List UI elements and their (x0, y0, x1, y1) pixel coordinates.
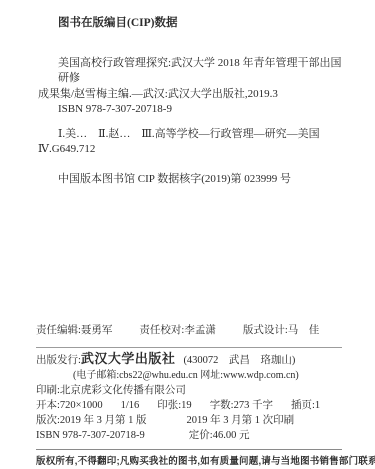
staff-editor-name: 聂勇军 (81, 325, 113, 336)
staff-credits-row: 责任编辑:聂勇军 责任校对:李孟潇 版式设计:马 佳 (36, 324, 342, 338)
cip-registration-number: 中国版本图书馆 CIP 数据核字(2019)第 023999 号 (58, 172, 347, 188)
staff-proofreader-label: 责任校对: (139, 325, 184, 336)
cip-isbn-line: ISBN 978-7-307-20718-9 (58, 102, 347, 118)
staff-proofreader: 责任校对:李孟潇 (139, 324, 215, 338)
cip-classification-line-2: Ⅳ.G649.712 (38, 142, 347, 158)
format-inserts: 插页:1 (291, 399, 320, 413)
divider-rule-bottom (36, 449, 342, 450)
printer-line: 印刷:北京虎彩文化传播有限公司 (36, 384, 342, 398)
cip-record-line-1: 美国高校行政管理探究:武汉大学 2018 年青年管理干部出国研修 (58, 56, 347, 87)
printing-info: 2019 年 3 月第 1 次印刷 (187, 414, 295, 428)
divider-rule-top (36, 347, 342, 348)
isbn-price-row: ISBN 978-7-307-20718-9 定价:46.00 元 (36, 429, 342, 443)
staff-designer-name: 马 佳 (288, 325, 320, 336)
staff-designer-label: 版式设计: (243, 325, 288, 336)
format-fraction: 1/16 (121, 399, 140, 413)
cip-classification-line-1: Ⅰ.美… Ⅱ.赵… Ⅲ.高等学校—行政管理—研究—美国 (58, 127, 347, 143)
staff-editor: 责任编辑:聂勇军 (36, 324, 112, 338)
publisher-line: 出版发行:武汉大学出版社(430072 武昌 珞珈山) (36, 352, 342, 368)
format-wordcount: 字数:273 千字 (210, 399, 273, 413)
cip-record-line-2: 成果集/赵雪梅主编.—武汉:武汉大学出版社,2019.3 (38, 87, 347, 103)
format-specs-row: 开本:720×1000 1/16 印张:19 字数:273 千字 插页:1 (36, 399, 342, 413)
publisher-contact-line: (电子邮箱:cbs22@whu.edu.cn 网址:www.wdp.com.cn… (36, 369, 342, 383)
staff-editor-label: 责任编辑: (36, 325, 81, 336)
publisher-address: (430072 武昌 珞珈山) (183, 355, 295, 366)
staff-proofreader-name: 李孟潇 (184, 325, 216, 336)
cip-data-block: 图书在版编目(CIP)数据 美国高校行政管理探究:武汉大学 2018 年青年管理… (38, 16, 347, 187)
cip-record: 美国高校行政管理探究:武汉大学 2018 年青年管理干部出国研修 成果集/赵雪梅… (38, 56, 347, 118)
format-sheets: 印张:19 (157, 399, 191, 413)
edition-info: 版次:2019 年 3 月第 1 版 (36, 414, 147, 428)
publisher-label: 出版发行: (36, 355, 81, 366)
publisher-name: 武汉大学出版社 (81, 351, 176, 366)
edition-row: 版次:2019 年 3 月第 1 版 2019 年 3 月第 1 次印刷 (36, 414, 342, 428)
staff-designer: 版式设计:马 佳 (243, 324, 319, 338)
imprint-block: 责任编辑:聂勇军 责任校对:李孟潇 版式设计:马 佳 出版发行:武汉大学出版社(… (36, 324, 342, 469)
copyright-notice: 版权所有,不得翻印;凡购买我社的图书,如有质量问题,请与当地图书销售部门联系调换… (36, 455, 342, 469)
isbn-number: ISBN 978-7-307-20718-9 (36, 429, 145, 443)
price: 定价:46.00 元 (189, 429, 250, 443)
cip-classification: Ⅰ.美… Ⅱ.赵… Ⅲ.高等学校—行政管理—研究—美国 Ⅳ.G649.712 (38, 127, 347, 158)
format-size: 开本:720×1000 (36, 399, 103, 413)
book-copyright-page: 图书在版编目(CIP)数据 美国高校行政管理探究:武汉大学 2018 年青年管理… (0, 0, 375, 469)
cip-heading: 图书在版编目(CIP)数据 (58, 16, 347, 32)
